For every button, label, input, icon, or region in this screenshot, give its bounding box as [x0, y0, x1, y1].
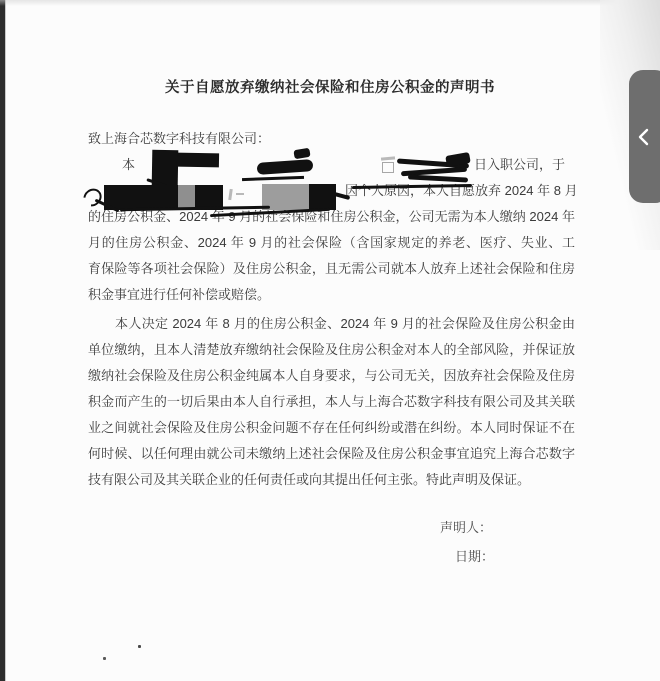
doc-line: 月的住房公积金、2024 年 9 月的社会保险（含国家规定的养老、医疗、失业、工… — [88, 230, 575, 256]
doc-line: 育保险等各项社会保险）及住房公积金，且无需公司就本人放弃上述社会保险和住房公 — [88, 256, 575, 282]
document-page: 关于自愿放弃缴纳社会保险和住房公积金的声明书 致上海合芯数字科技有限公司： 本 … — [0, 0, 660, 681]
dust-speck — [138, 645, 141, 648]
faint-handwriting-mark — [236, 193, 244, 195]
doc-line: 单位缴纳，且本人清楚放弃缴纳社会保险及住房公积金对本人的全部风险，并保证放弃 — [88, 337, 575, 363]
doc-line: 积金事宜进行任何补偿或赔偿。 — [88, 282, 575, 308]
line1-prefix-text: 本 — [122, 152, 135, 178]
document-title: 关于自愿放弃缴纳社会保险和住房公积金的声明书 — [0, 76, 660, 97]
top-edge-shadow — [0, 0, 660, 6]
redaction-mark — [177, 153, 219, 168]
doc-line: 本人决定 2024 年 8 月的住房公积金、2024 年 9 月的社会保险及住房… — [88, 311, 575, 337]
paragraph-1-lines: 的住房公积金、2024 年 9 月的社会保险和住房公积金，公司无需为本人缴纳 2… — [88, 204, 575, 308]
redaction-mark — [104, 185, 178, 210]
salutation: 致上海合芯数字科技有限公司： — [88, 126, 575, 152]
doc-line: 技有限公司及其关联企业的任何责任或向其提出任何主张。特此声明及保证。 — [88, 467, 575, 493]
paragraph-2: 本人决定 2024 年 8 月的住房公积金、2024 年 9 月的社会保险及住房… — [88, 311, 575, 493]
dust-speck — [103, 657, 106, 660]
line1-suffix-text: 日入职公司，于 — [474, 152, 565, 178]
faint-handwriting-mark — [382, 162, 394, 173]
declarant-label: 声明人： — [440, 517, 492, 536]
date-label: 日期： — [455, 546, 494, 565]
left-edge-strip — [0, 0, 5, 681]
redaction-mark — [309, 184, 336, 210]
doc-line: 积金而产生的一切后果由本人自行承担，本人与上海合芯数字科技有限公司及其关联企 — [88, 389, 575, 415]
doc-line: 业之间就社会保险及住房公积金问题不存在任何纠纷或潜在纠纷。本人同时保证不在任 — [88, 415, 575, 441]
doc-line: 缴纳社会保险及住房公积金纯属本人自身要求，与公司无关，因放弃社会保险及住房公 — [88, 363, 575, 389]
chevron-left-icon — [637, 127, 651, 147]
doc-line: 何时候、以任何理由就公司未缴纳上述社会保险及住房公积金事宜追究上海合芯数字科 — [88, 441, 575, 467]
collapse-panel-button[interactable] — [629, 70, 660, 203]
